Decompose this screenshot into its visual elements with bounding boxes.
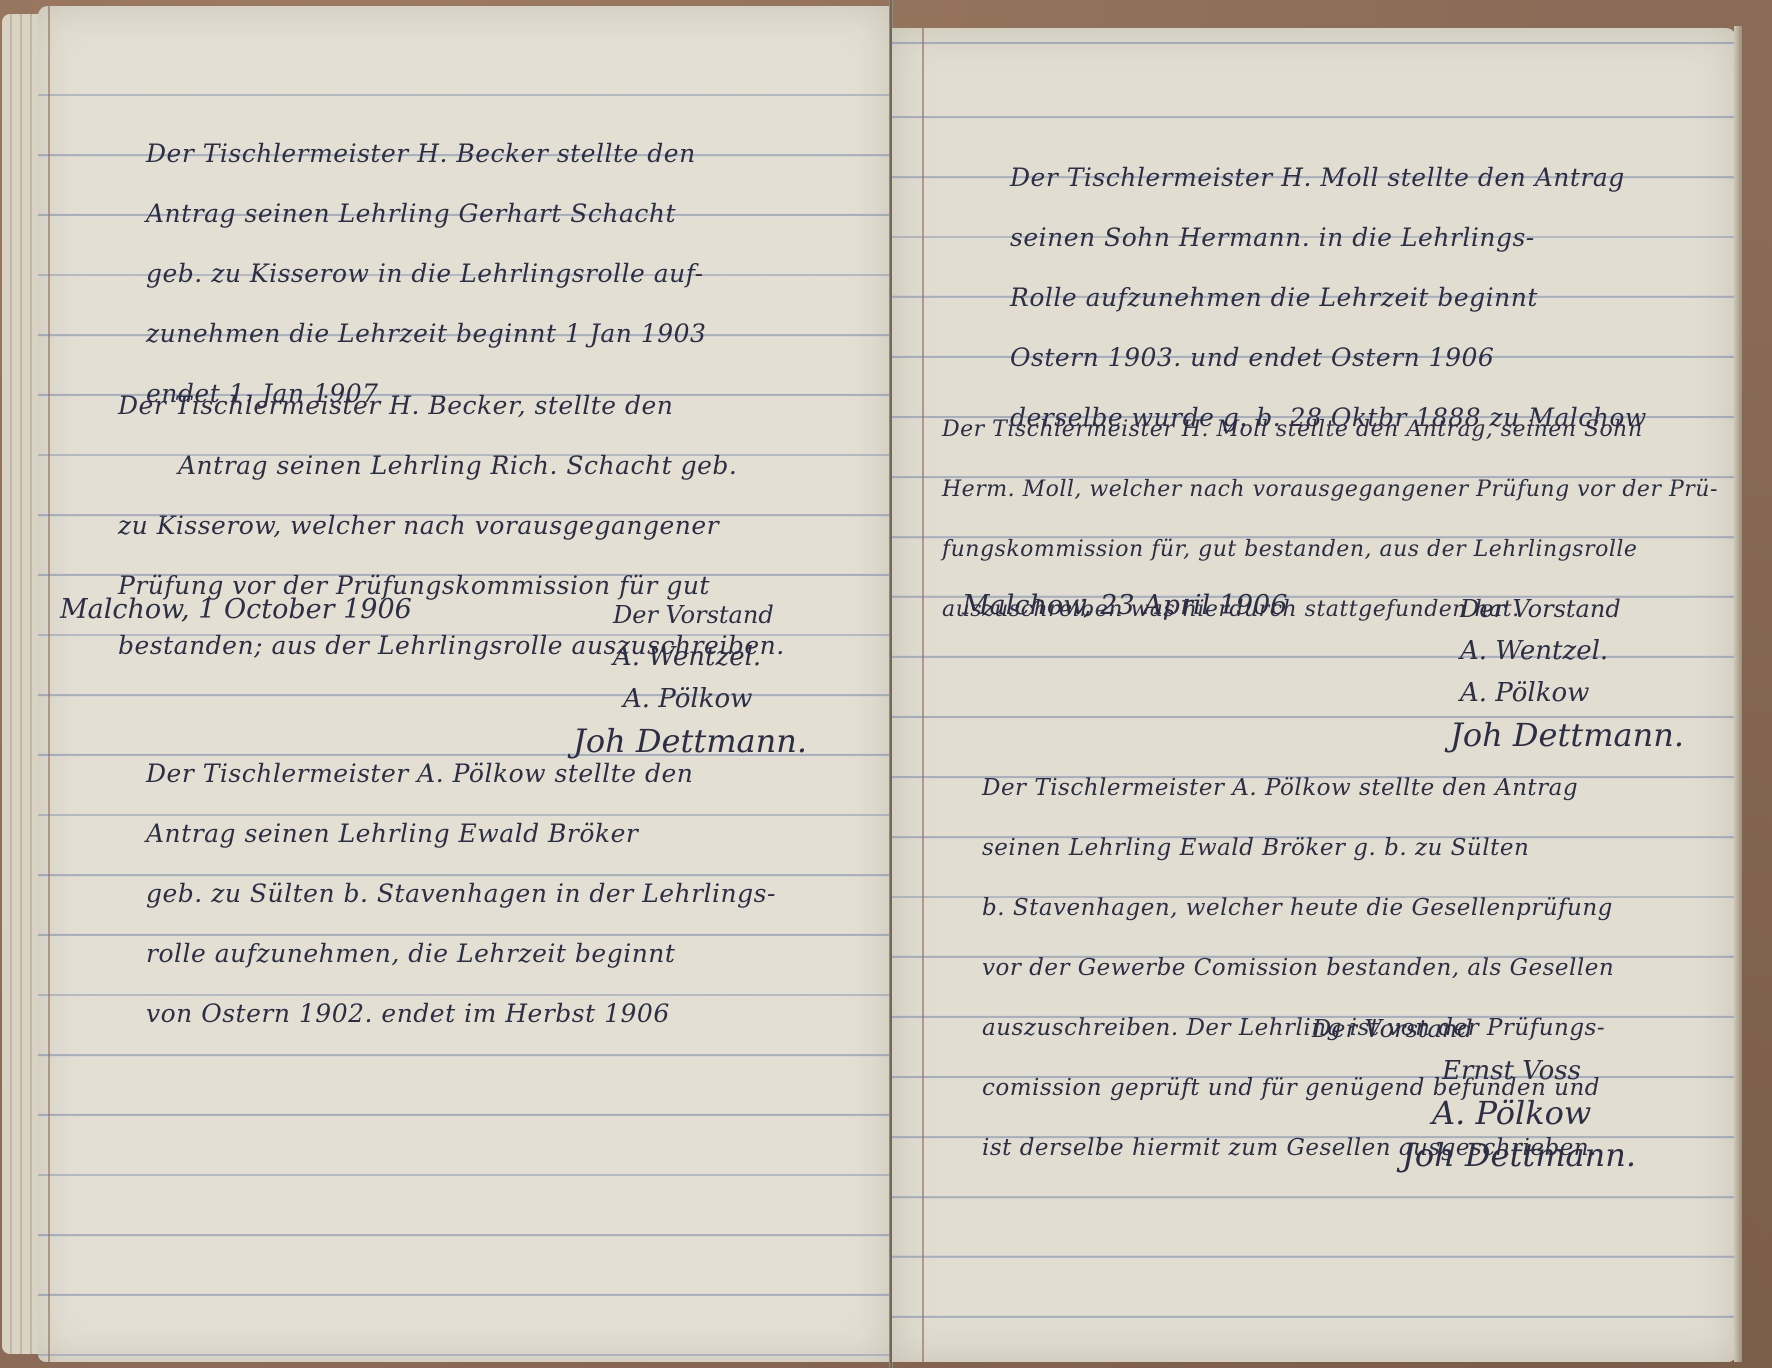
left-margin-line [922, 28, 924, 1362]
entry-line: Der Tischlermeister H. Becker stellte de… [146, 124, 706, 184]
entry-line: Herm. Moll, welcher nach vorausgegangene… [942, 460, 1718, 520]
entry-line: Der Tischlermeister H. Moll stellte den … [942, 400, 1718, 460]
signature: Joh Dettmann. [1450, 714, 1684, 756]
signature: Ernst Voss [1312, 1050, 1636, 1092]
entry-line: Der Tischlermeister H. Becker, stellte d… [118, 376, 785, 436]
right-page: Der Tischlermeister H. Moll stellte den … [892, 28, 1736, 1362]
place-date: Malchow, 23 April 1906 [962, 590, 1287, 621]
board-title: Der Vorstand [1460, 588, 1684, 630]
board-title: Der Vorstand [1312, 1008, 1636, 1050]
entry-line: Der Tischlermeister A. Pölkow stellte de… [982, 758, 1614, 818]
signature: A. Pölkow [613, 678, 807, 720]
entry-line: Ostern 1903. und endet Ostern 1906 [1010, 328, 1647, 388]
entry-line: Der Tischlermeister A. Pölkow stellte de… [146, 744, 776, 804]
entry-line: von Ostern 1902. endet im Herbst 1906 [146, 984, 776, 1044]
stacked-page-edges [2, 14, 42, 1354]
entry-line: seinen Lehrling Ewald Bröker g. b. zu Sü… [982, 818, 1614, 878]
entry-line: Rolle aufzunehmen die Lehrzeit beginnt [1010, 268, 1647, 328]
entry-line: b. Stavenhagen, welcher heute die Gesell… [982, 878, 1614, 938]
signature: A. Pölkow [1460, 672, 1684, 714]
entry-line: fungskommission für, gut bestanden, aus … [942, 520, 1718, 580]
entry-line: vor der Gewerbe Comission bestanden, als… [982, 938, 1614, 998]
entry-line: seinen Sohn Hermann. in die Lehrlings- [1010, 208, 1647, 268]
entry-line: geb. zu Kisserow in die Lehrlingsrolle a… [146, 244, 706, 304]
signature-block: Der Vorstand Ernst Voss A. Pölkow Joh De… [1312, 1008, 1636, 1176]
entry-line: Antrag seinen Lehrling Ewald Bröker [146, 804, 776, 864]
board-title: Der Vorstand [613, 594, 807, 636]
left-margin-line [48, 6, 50, 1362]
right-page-edge [1734, 26, 1742, 1362]
signature-block: Der Vorstand A. Wentzel. A. Pölkow Joh D… [1460, 588, 1684, 756]
entry-line: zu Kisserow, welcher nach vorausgegangen… [118, 496, 785, 556]
signature: Joh Dettmann. [1312, 1134, 1636, 1176]
signature-block: Der Vorstand A. Wentzel. A. Pölkow Joh D… [613, 594, 807, 762]
entry-line: rolle aufzunehmen, die Lehrzeit beginnt [146, 924, 776, 984]
signature: A. Pölkow [1312, 1092, 1636, 1134]
entry-line: Antrag seinen Lehrling Rich. Schacht geb… [118, 436, 785, 496]
place-date: Malchow, 1 October 1906 [60, 594, 412, 625]
entry-line: zunehmen die Lehrzeit beginnt 1 Jan 1903 [146, 304, 706, 364]
left-page: Der Tischlermeister H. Becker stellte de… [38, 6, 890, 1362]
entry-poelkow-broeker-admission: Der Tischlermeister A. Pölkow stellte de… [146, 744, 776, 1044]
entry-line: Antrag seinen Lehrling Gerhart Schacht [146, 184, 706, 244]
signature: A. Wentzel. [613, 636, 807, 678]
entry-line: Der Tischlermeister H. Moll stellte den … [1010, 148, 1647, 208]
entry-line: geb. zu Sülten b. Stavenhagen in der Leh… [146, 864, 776, 924]
signature: A. Wentzel. [1460, 630, 1684, 672]
